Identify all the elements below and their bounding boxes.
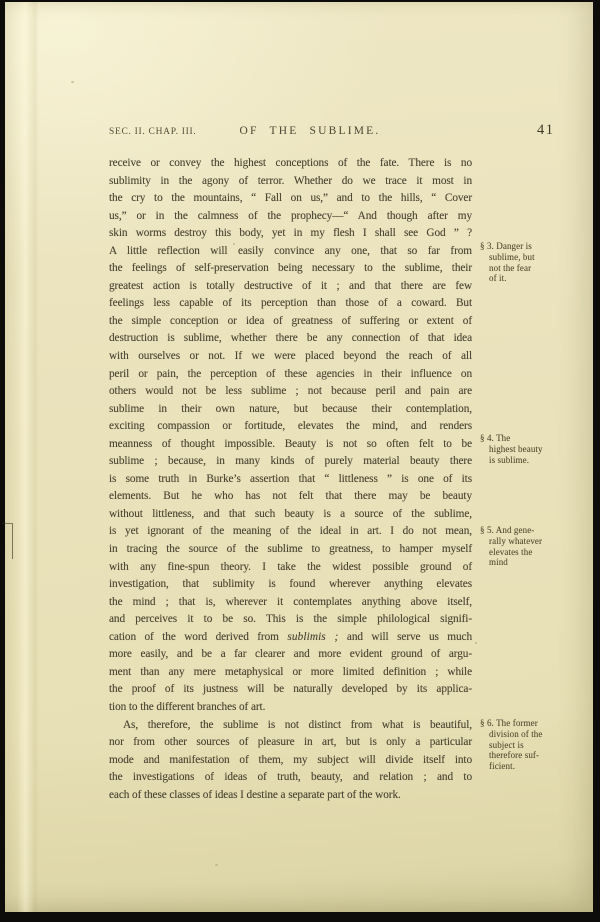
margin-note-line: is sublime. <box>489 455 575 466</box>
text-line: the cry to the mountains, “ Fall on us,”… <box>109 190 472 208</box>
margin-note-line: mind <box>489 557 575 568</box>
margin-note-line: division of the <box>489 729 575 740</box>
text-line: sublime ; because, in many kinds of pure… <box>109 453 472 471</box>
margin-note-line: § 6. The former <box>480 718 575 729</box>
text-line: sublime in their own nature, but because… <box>109 401 472 419</box>
text-line: sublimity in the agony of terror. Whethe… <box>109 173 472 191</box>
margin-note-line: ficient. <box>489 761 575 772</box>
scanned-book-page: { "page": { "colors": { "paper": "#eae2b… <box>0 0 600 922</box>
text-line: peril or pain, the perception of these a… <box>109 366 472 384</box>
text-line: with ourselves or not. If we were placed… <box>109 348 472 366</box>
scan-artifact-mark <box>2 523 13 559</box>
margin-note-line: rally whatever <box>489 536 575 547</box>
margin-note-line: not the fear <box>489 263 575 274</box>
text-line: without littleness, and that such beauty… <box>109 506 472 524</box>
text-line: is some truth in Burke’s assertion that … <box>109 471 472 489</box>
text-line: destruction is sublime, whether there be… <box>109 330 472 348</box>
text-block: receive or convey the highest conception… <box>109 155 472 804</box>
text-line: nor from other sources of pleasure in ar… <box>109 734 472 752</box>
text-line: receive or convey the highest conception… <box>109 155 472 173</box>
text-line: greatest action is totally destructive o… <box>109 278 472 296</box>
text-line: more easily, and be a far clearer and mo… <box>109 646 472 664</box>
margin-note: § 3. Danger issublime, butnot the fearof… <box>480 241 575 284</box>
text-line: skin worms destroy this body, yet in my … <box>109 225 472 243</box>
text-line: tion to the different branches of art. <box>109 699 472 717</box>
book-page: SEC. II. CHAP. III. OF THE SUBLIME. 41 r… <box>5 2 593 912</box>
paper-speck <box>475 642 477 644</box>
margin-note-line: § 5. And gene- <box>480 525 575 536</box>
text-line: the feelings of self-preservation being … <box>109 260 472 278</box>
paper-speck <box>215 864 218 866</box>
margin-note-line: highest beauty <box>489 444 575 455</box>
text-line: others would not be less sublime ; not b… <box>109 383 472 401</box>
margin-note: § 4. Thehighest beautyis sublime. <box>480 433 575 465</box>
text-line: A little reflection will easily convince… <box>109 243 472 261</box>
paragraph: As, therefore, the sublime is not distin… <box>109 717 472 805</box>
page-gutter-crease <box>17 2 39 912</box>
text-line: us,” or in the calmness of the prophecy—… <box>109 208 472 226</box>
text-line: and perceives it to be so. This is the s… <box>109 611 472 629</box>
text-line: meanness of thought impossible. Beauty i… <box>109 436 472 454</box>
text-line: elements. But he who has not felt that t… <box>109 488 472 506</box>
text-line: the investigations of ideas of truth, be… <box>109 769 472 787</box>
text-line: is yet ignorant of the meaning of the id… <box>109 523 472 541</box>
text-line: the simple conception or idea of greatne… <box>109 313 472 331</box>
text-line: cation of the word derived from sublimis… <box>109 629 472 647</box>
margin-note-line: elevates the <box>489 547 575 558</box>
page-number: 41 <box>537 122 555 139</box>
text-line: with any fine-spun theory. I take the wi… <box>109 559 472 577</box>
running-head-title: OF THE SUBLIME. <box>155 125 465 137</box>
text-line: each of these classes of ideas I destine… <box>109 787 472 805</box>
text-line: mode and manifestation of them, my subje… <box>109 752 472 770</box>
margin-note-line: therefore suf- <box>489 750 575 761</box>
margin-note-line: of it. <box>489 273 575 284</box>
margin-note-line: subject is <box>489 740 575 751</box>
text-line: in tracing the source of the sublime to … <box>109 541 472 559</box>
text-line: the mind ; that is, wherever it contempl… <box>109 594 472 612</box>
margin-note-line: § 3. Danger is <box>480 241 575 252</box>
text-line: As, therefore, the sublime is not distin… <box>109 717 472 735</box>
text-line: the proof of its justness will be natura… <box>109 681 472 699</box>
margin-note: § 6. The formerdivision of thesubject is… <box>480 718 575 772</box>
text-line: exciting compassion or fortitude, elevat… <box>109 418 472 436</box>
margin-note: § 5. And gene-rally whateverelevates the… <box>480 525 575 568</box>
margin-note-line: § 4. The <box>480 433 575 444</box>
text-line: investigation, that sublimity is found w… <box>109 576 472 594</box>
text-line: feelings less capable of its perception … <box>109 295 472 313</box>
paper-speck <box>71 81 74 83</box>
paragraph: receive or convey the highest conception… <box>109 155 472 717</box>
text-line: ment than any mere metaphysical or more … <box>109 664 472 682</box>
margin-note-line: sublime, but <box>489 252 575 263</box>
